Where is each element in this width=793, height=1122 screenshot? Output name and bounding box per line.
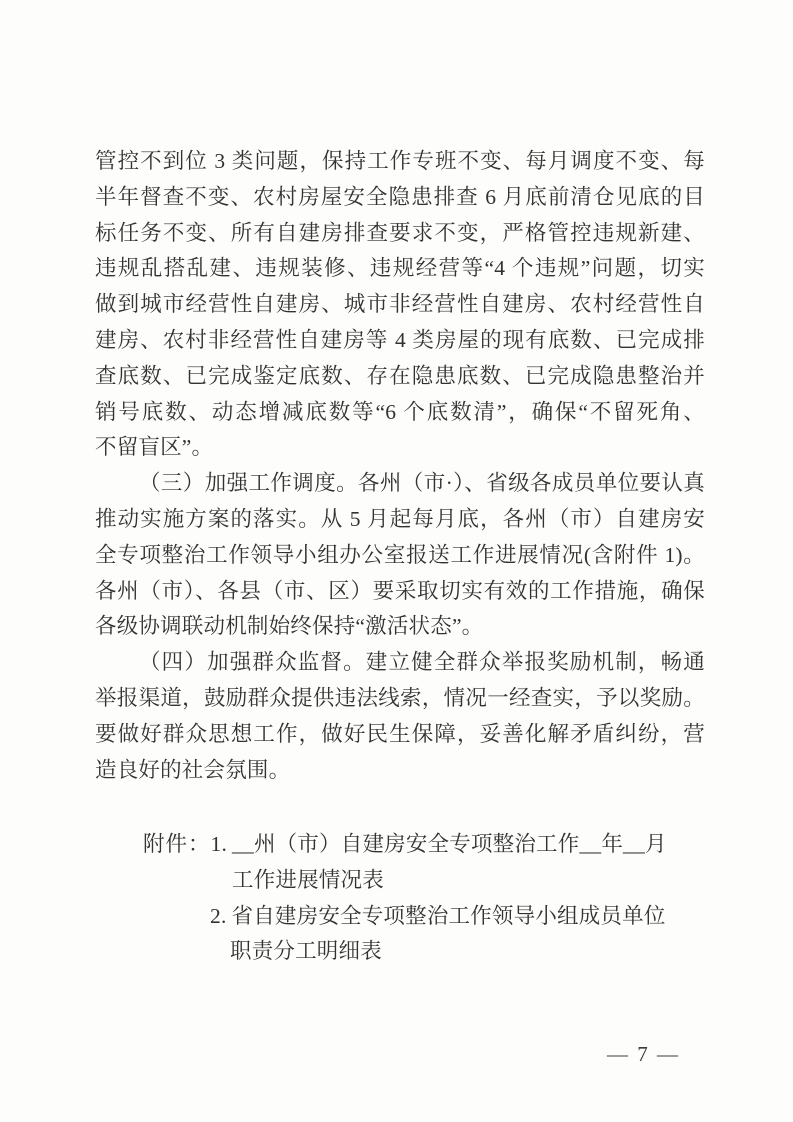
attachment-item-1-line-1: 附件：1.__州（市）自建房安全专项整治工作__年__月 xyxy=(143,827,723,863)
text-line: 各级协调联动机制始终保持“激活状态”。 xyxy=(95,609,705,645)
text-line: 要做好群众思想工作，做好民生保障，妥善化解矛盾纠纷，营 xyxy=(95,717,705,753)
text-line: 举报渠道，鼓励群众提供违法线索，情况一经查实，予以奖励。 xyxy=(95,681,705,717)
text-line: 标任务不变、所有自建房排查要求不变，严格管控违规新建、 xyxy=(95,216,705,252)
attachment-item-2-line-2: 职责分工明细表 xyxy=(143,934,723,970)
text-line: 造良好的社会氛围。 xyxy=(95,753,705,789)
text-line: 全专项整治工作领导小组办公室报送工作进展情况(含附件 1)。 xyxy=(95,538,705,574)
attachments-label: 附件： xyxy=(143,832,211,856)
attachment-item-text: 工作进展情况表 xyxy=(232,868,384,892)
page-number: — 7 — xyxy=(607,1036,680,1072)
paragraph-section-4: （四）加强群众监督。建立健全群众举报奖励机制，畅通 举报渠道，鼓励群众提供违法线… xyxy=(95,645,705,788)
attachment-item-text: 省自建房安全专项整治工作领导小组成员单位 xyxy=(232,904,666,928)
text-line: 不留盲区”。 xyxy=(95,430,705,466)
main-text-block: 管控不到位 3 类问题，保持工作专班不变、每月调度不变、每 半年督查不变、农村房… xyxy=(95,144,705,788)
attachment-item-1-line-2: 工作进展情况表 xyxy=(143,863,723,899)
text-line: 各州（市）、各县（市、区）要采取切实有效的工作措施，确保 xyxy=(95,574,705,610)
attachment-item-2-line-1: 2.省自建房安全专项整治工作领导小组成员单位 xyxy=(143,899,723,935)
attachment-item-text: 职责分工明细表 xyxy=(230,939,382,963)
attachments-block: 附件：1.__州（市）自建房安全专项整治工作__年__月 工作进展情况表 2.省… xyxy=(143,827,723,970)
text-line: 做到城市经营性自建房、城市非经营性自建房、农村经营性自 xyxy=(95,287,705,323)
paragraph-continuation: 管控不到位 3 类问题，保持工作专班不变、每月调度不变、每 半年督查不变、农村房… xyxy=(95,144,705,466)
section-heading-line: （四）加强群众监督。建立健全群众举报奖励机制，畅通 xyxy=(95,645,705,681)
text-line: 管控不到位 3 类问题，保持工作专班不变、每月调度不变、每 xyxy=(95,144,705,180)
paragraph-section-3: （三）加强工作调度。各州（市·）、省级各成员单位要认真 推动实施方案的落实。从 … xyxy=(95,466,705,645)
document-page: 管控不到位 3 类问题，保持工作专班不变、每月调度不变、每 半年督查不变、农村房… xyxy=(0,0,793,1122)
text-line: 推动实施方案的落实。从 5 月起每月底，各州（市）自建房安 xyxy=(95,502,705,538)
text-line: 半年督查不变、农村房屋安全隐患排查 6 月底前清仓见底的目 xyxy=(95,180,705,216)
text-line: 查底数、已完成鉴定底数、存在隐患底数、已完成隐患整治并 xyxy=(95,359,705,395)
text-line: 违规乱搭乱建、违规装修、违规经营等“4 个违规”问题，切实 xyxy=(95,251,705,287)
section-heading-line: （三）加强工作调度。各州（市·）、省级各成员单位要认真 xyxy=(95,466,705,502)
text-line: 销号底数、动态增减底数等“6 个底数清”，确保“不留死角、 xyxy=(95,395,705,431)
text-line: 建房、农村非经营性自建房等 4 类房屋的现有底数、已完成排 xyxy=(95,323,705,359)
attachment-item-number: 2. xyxy=(210,904,227,928)
attachment-item-number: 1. xyxy=(211,832,228,856)
attachment-item-text: __州（市）自建房安全专项整治工作__年__月 xyxy=(232,832,667,856)
